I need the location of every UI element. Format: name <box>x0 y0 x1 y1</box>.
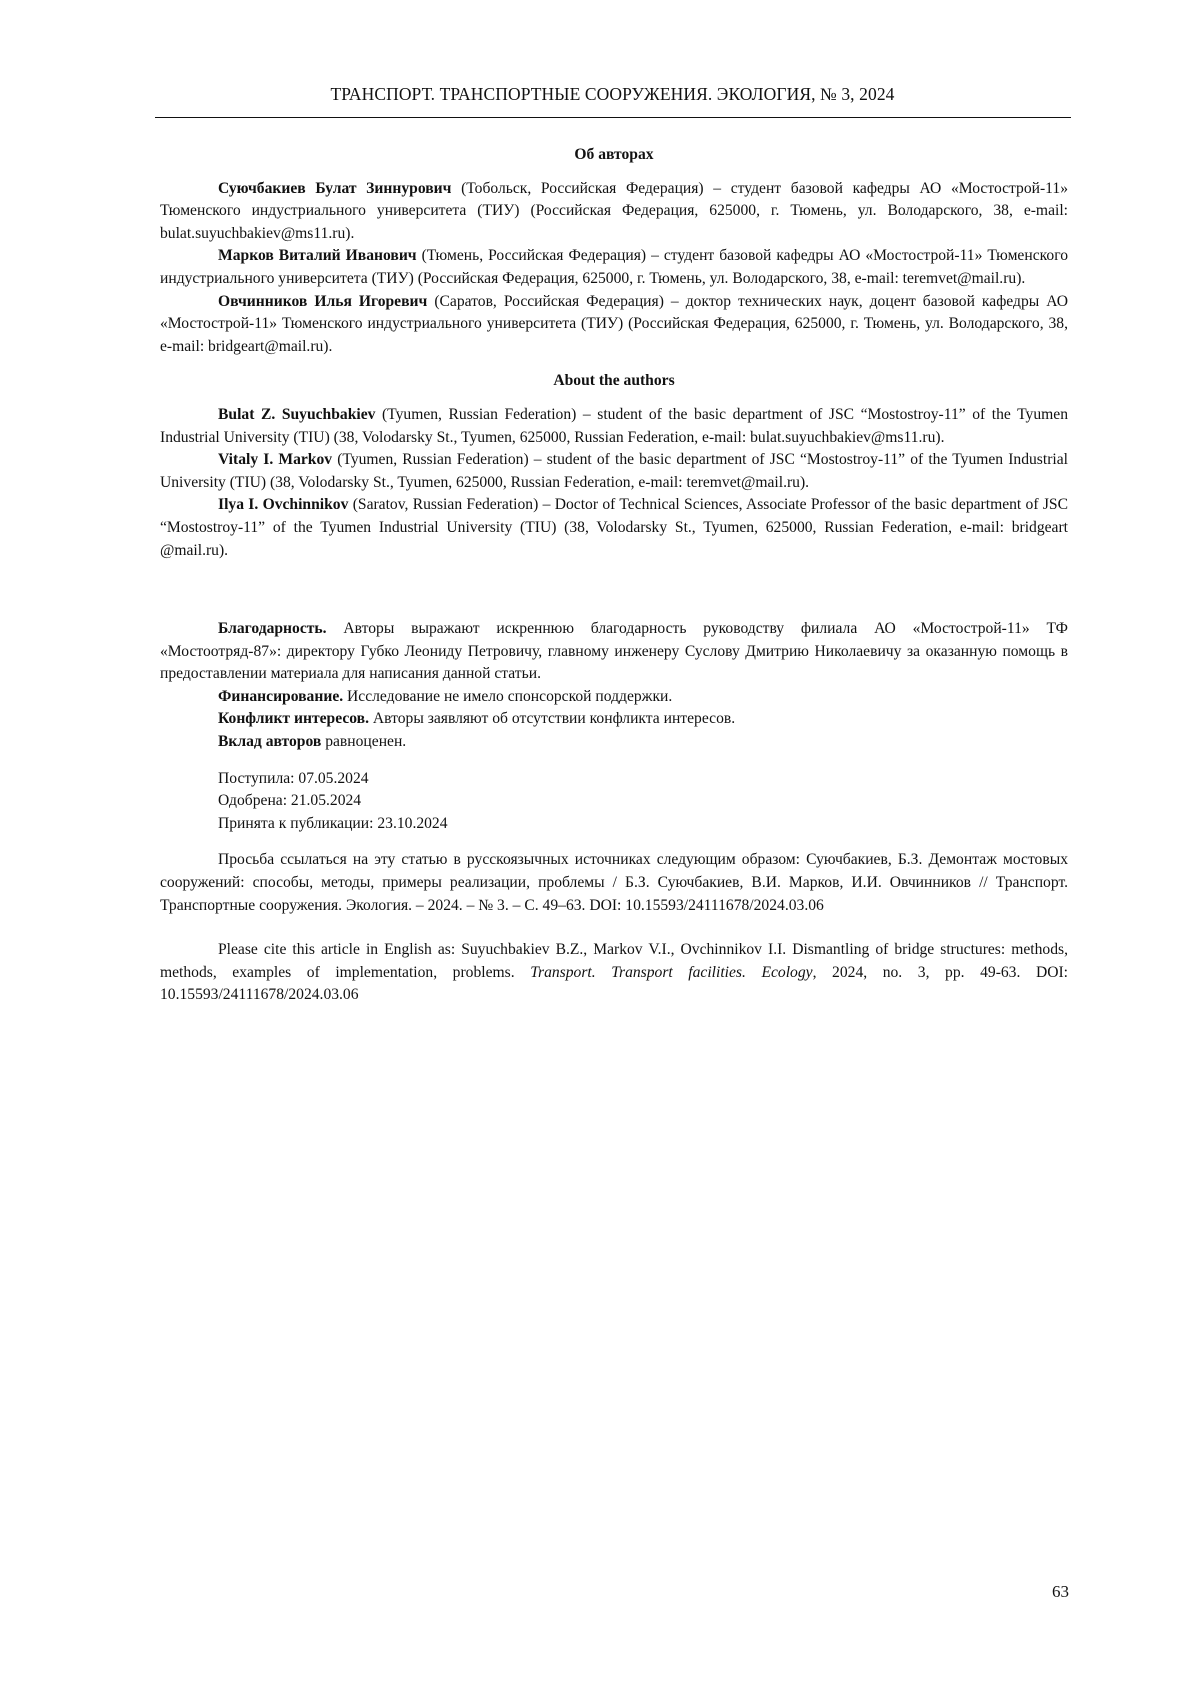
author-entry-ru: Суючбакиев Булат Зиннурович (Тобольск, Р… <box>160 178 1068 246</box>
acknowledgments: Благодарность. Авторы выражают искреннюю… <box>160 618 1068 686</box>
author-name: Марков Виталий Иванович <box>218 247 417 264</box>
page-content: Об авторах Суючбакиев Булат Зиннурович (… <box>160 144 1068 1007</box>
author-name: Bulat Z. Suyuchbakiev <box>218 406 375 423</box>
author-name: Овчинников Илья Игоревич <box>218 293 427 310</box>
author-name: Суючбакиев Булат Зиннурович <box>218 180 451 197</box>
citation-en: Please cite this article in English as: … <box>160 939 1068 1007</box>
conflict-text: Авторы заявляют об отсутствии конфликта … <box>369 710 735 727</box>
date-accepted: Принята к публикации: 23.10.2024 <box>160 813 1068 836</box>
section-title-authors-ru: Об авторах <box>160 144 1068 167</box>
author-name: Vitaly I. Markov <box>218 451 332 468</box>
header-rule <box>155 117 1071 118</box>
author-name: Ilya I. Ovchinnikov <box>218 496 348 513</box>
funding-label: Финансирование. <box>218 688 343 705</box>
page-number: 63 <box>1052 1582 1069 1602</box>
author-entry-en: Ilya I. Ovchinnikov (Saratov, Russian Fe… <box>160 494 1068 562</box>
author-entry-en: Bulat Z. Suyuchbakiev (Tyumen, Russian F… <box>160 404 1068 449</box>
acknowledgments-label: Благодарность. <box>218 620 327 637</box>
date-approved: Одобрена: 21.05.2024 <box>160 790 1068 813</box>
author-entry-ru: Марков Виталий Иванович (Тюмень, Российс… <box>160 245 1068 290</box>
funding-text: Исследование не имело спонсорской поддер… <box>343 688 672 705</box>
funding: Финансирование. Исследование не имело сп… <box>160 686 1068 709</box>
contribution-label: Вклад авторов <box>218 733 321 750</box>
citation-ru: Просьба ссылаться на эту статью в русско… <box>160 849 1068 917</box>
author-contribution: Вклад авторов равноценен. <box>160 731 1068 754</box>
citation-en-journal: Transport. Transport facilities. Ecology <box>530 964 812 981</box>
running-header: ТРАНСПОРТ. ТРАНСПОРТНЫЕ СООРУЖЕНИЯ. ЭКОЛ… <box>155 84 1070 105</box>
contribution-text: равноценен. <box>321 733 406 750</box>
author-entry-en: Vitaly I. Markov (Tyumen, Russian Federa… <box>160 449 1068 494</box>
conflict-label: Конфликт интересов. <box>218 710 369 727</box>
conflict-of-interest: Конфликт интересов. Авторы заявляют об о… <box>160 708 1068 731</box>
section-title-authors-en: About the authors <box>160 370 1068 393</box>
author-entry-ru: Овчинников Илья Игоревич (Саратов, Росси… <box>160 291 1068 359</box>
date-received: Поступила: 07.05.2024 <box>160 768 1068 791</box>
